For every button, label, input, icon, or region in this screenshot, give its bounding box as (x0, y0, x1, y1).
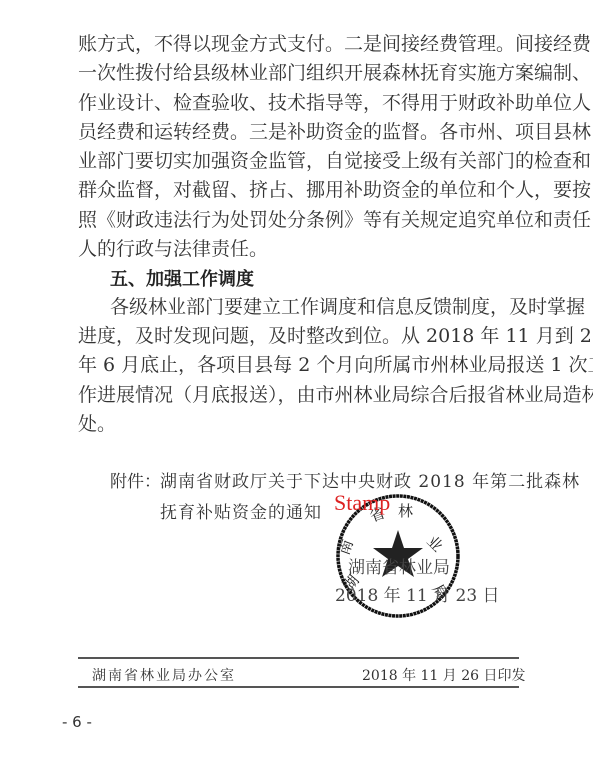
svg-text:林: 林 (398, 502, 413, 520)
section-heading: 五、加强工作调度 (110, 265, 254, 291)
body-line: 账方式，不得以现金方式支付。二是间接经费管理。间接经费 (78, 32, 518, 56)
section-line: 作进展情况（月底报送），由市州林业局综合后报省林业局造林 (78, 383, 518, 407)
body-line: 照《财政违法行为处罚处分条例》等有关规定追究单位和责任 (78, 208, 518, 232)
section-line: 各级林业部门要建立工作调度和信息反馈制度，及时掌握 (110, 295, 518, 319)
page-number: - 6 - (62, 713, 92, 731)
footer-issue-date: 2018 年 11 月 26 日印发 (362, 665, 526, 685)
body-line: 作业设计、检查验收、技术指导等，不得用于财政补助单位人 (78, 91, 518, 115)
body-line: 人的行政与法律责任。 (78, 237, 268, 261)
signature-date: 2018 年 11 月 23 日 (335, 581, 500, 606)
body-line: 群众监督，对截留、挤占、挪用补助资金的单位和个人，要按 (78, 178, 518, 202)
attachment-title-line1[interactable]: 湖南省财政厅关于下达中央财政 2018 年第二批森林 (160, 467, 580, 492)
attachment-title-line2[interactable]: 抚育补贴资金的通知 (160, 498, 322, 523)
section-line: 处。 (78, 412, 116, 436)
footer-top-rule (78, 657, 519, 659)
footer-bottom-rule (78, 686, 519, 688)
svg-text:业: 业 (423, 532, 446, 555)
section-line: 进度，及时发现问题，及时整改到位。从 2018 年 11 月到 2019 (78, 324, 518, 348)
attachment-label: 附件： (110, 467, 161, 492)
signature-org: 湖南省林业局 (348, 553, 450, 578)
body-line: 业部门要切实加强资金监管，自觉接受上级有关部门的检查和 (78, 149, 518, 173)
footer-issuer: 湖南省林业局办公室 (92, 665, 236, 685)
body-line: 员经费和运转经费。三是补助资金的监督。各市州、项目县林 (78, 120, 518, 144)
body-line: 一次性拨付给县级林业部门组织开展森林抚育实施方案编制、 (78, 61, 518, 85)
section-line: 年 6 月底止，各项目县每 2 个月向所属市州林业局报送 1 次工 (78, 353, 518, 377)
stamp-label: Stamp (334, 490, 390, 516)
